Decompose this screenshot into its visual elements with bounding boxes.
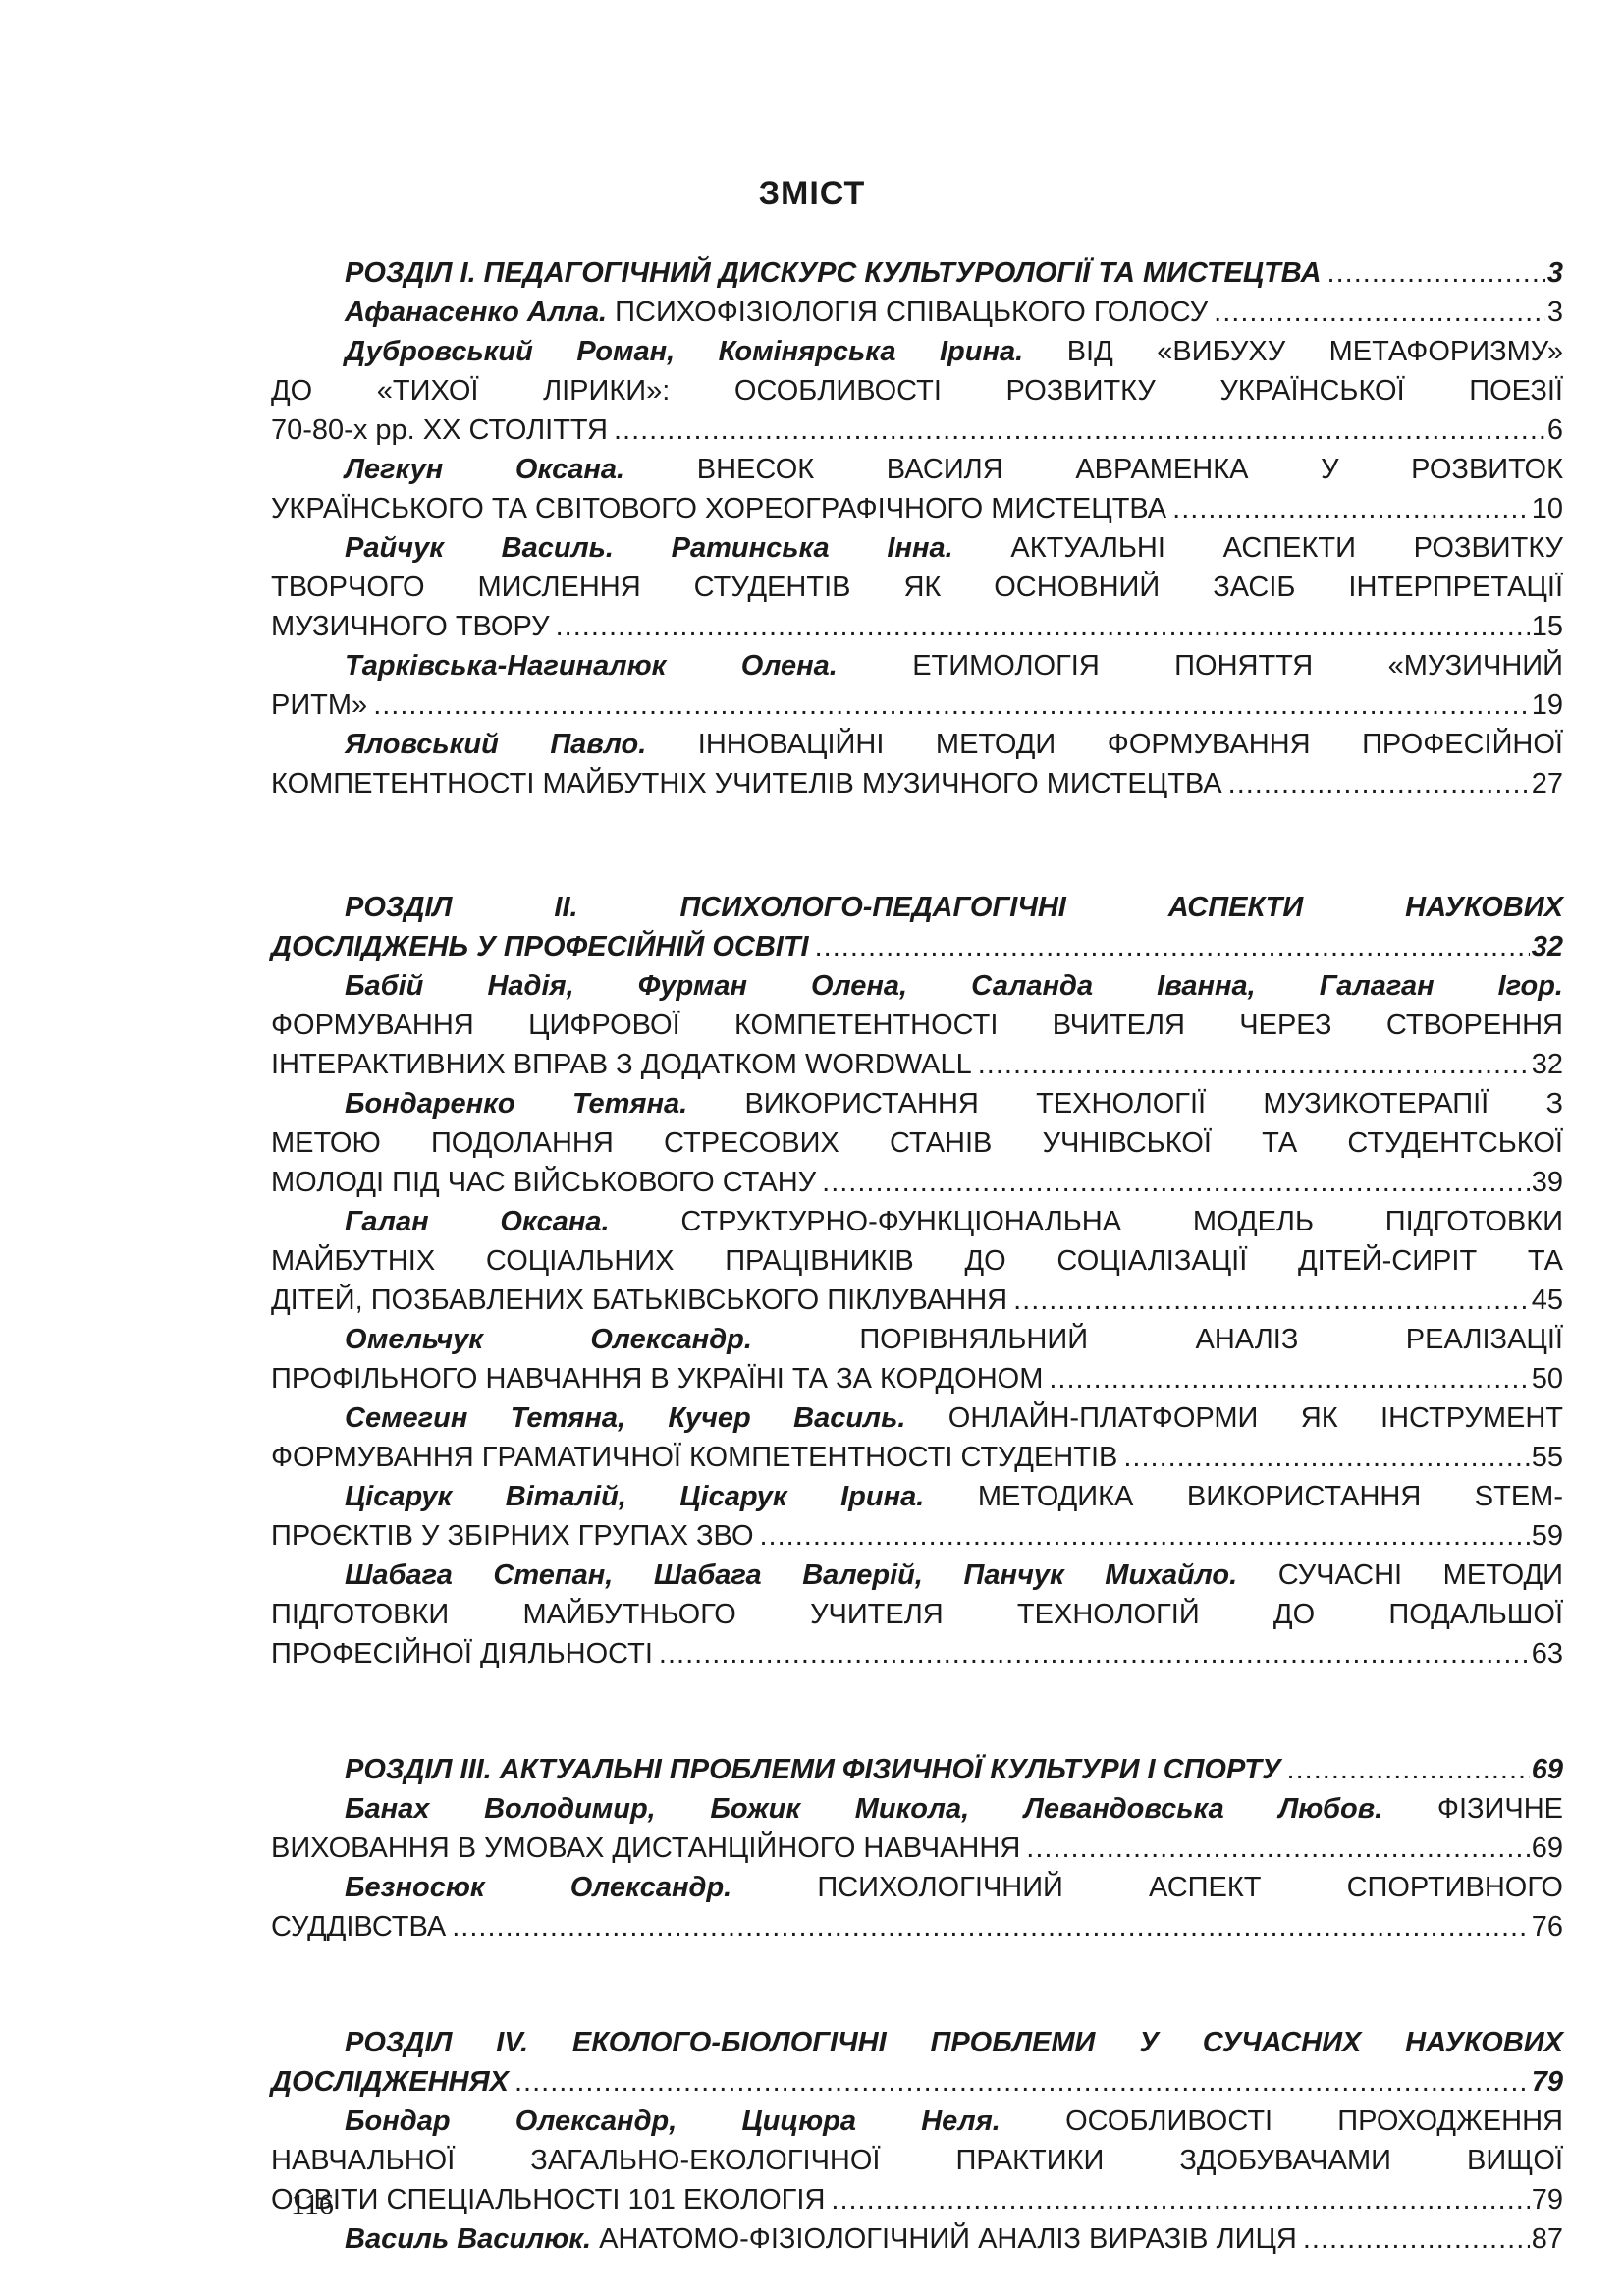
- toc-line: 70-80-х рр. ХХ СТОЛІТТЯ6: [271, 410, 1563, 450]
- page-ref[interactable]: 79: [1532, 2180, 1563, 2219]
- entry-title: АКТУАЛЬНІ АСПЕКТИ РОЗВИТКУ: [953, 532, 1563, 564]
- section-heading: РОЗДІЛ IV. ЕКОЛОГО-БІОЛОГІЧНІ ПРОБЛЕМИ У…: [345, 2027, 1563, 2058]
- toc-line: Семегин Тетяна, Кучер Василь. ОНЛАЙН-ПЛА…: [271, 1398, 1563, 1438]
- toc-line-text: МОЛОДІ ПІД ЧАС ВІЙСЬКОВОГО СТАНУ: [271, 1163, 816, 1202]
- section-heading: РОЗДІЛ ІІІ. АКТУАЛЬНІ ПРОБЛЕМИ ФІЗИЧНОЇ …: [345, 1754, 1281, 1785]
- dot-leader: [815, 927, 1530, 966]
- toc-line-text: РОЗДІЛ І. ПЕДАГОГІЧНИЙ ДИСКУРС КУЛЬТУРОЛ…: [345, 253, 1322, 293]
- toc-entry[interactable]: Галан Оксана. СТРУКТУРНО-ФУНКЦІОНАЛЬНА М…: [271, 1202, 1563, 1320]
- toc-line: Яловський Павло. ІННОВАЦІЙНІ МЕТОДИ ФОРМ…: [271, 725, 1563, 764]
- entry-title: СУЧАСНІ МЕТОДИ: [1237, 1559, 1563, 1591]
- toc-line: МУЗИЧНОГО ТВОРУ15: [271, 607, 1563, 646]
- entry-authors: Шабага Степан, Шабага Валерій, Панчук Ми…: [345, 1559, 1237, 1591]
- entry-authors: Банах Володимир, Божик Микола, Левандовс…: [345, 1793, 1382, 1825]
- page-ref[interactable]: 76: [1532, 1907, 1563, 1946]
- dot-leader: [452, 1907, 1530, 1946]
- dot-leader: [1228, 764, 1530, 803]
- section-heading-line: ДОСЛІДЖЕНЬ У ПРОФЕСІЙНІЙ ОСВІТІ32: [271, 927, 1563, 966]
- toc-line: ПРОФЕСІЙНОЇ ДІЯЛЬНОСТІ63: [271, 1634, 1563, 1673]
- entry-title: СУДДІВСТВА: [271, 1911, 446, 1942]
- entry-title: МОЛОДІ ПІД ЧАС ВІЙСЬКОВОГО СТАНУ: [271, 1167, 816, 1198]
- toc-line: МЕТОЮ ПОДОЛАННЯ СТРЕСОВИХ СТАНІВ УЧНІВСЬ…: [271, 1123, 1563, 1163]
- entry-title: ТВОРЧОГО МИСЛЕННЯ СТУДЕНТІВ ЯК ОСНОВНИЙ …: [271, 572, 1563, 603]
- toc-line: КОМПЕТЕНТНОСТІ МАЙБУТНІХ УЧИТЕЛІВ МУЗИЧН…: [271, 764, 1563, 803]
- section-heading: РОЗДІЛ ІІ. ПСИХОЛОГО-ПЕДАГОГІЧНІ АСПЕКТИ…: [345, 892, 1563, 923]
- toc-line: Тарківська-Нагиналюк Олена. ЕТИМОЛОГІЯ П…: [271, 646, 1563, 685]
- dot-leader: [659, 1634, 1530, 1673]
- entry-title: КОМПЕТЕНТНОСТІ МАЙБУТНІХ УЧИТЕЛІВ МУЗИЧН…: [271, 768, 1222, 799]
- page-ref[interactable]: 32: [1532, 1045, 1563, 1084]
- page-ref[interactable]: 6: [1547, 410, 1563, 450]
- page-ref[interactable]: 32: [1532, 927, 1563, 966]
- dot-leader: [822, 1163, 1530, 1202]
- page-ref[interactable]: 55: [1532, 1438, 1563, 1477]
- entry-title: ПРОФЕСІЙНОЇ ДІЯЛЬНОСТІ: [271, 1638, 653, 1669]
- entry-title: РИТМ»: [271, 689, 367, 721]
- entry-title: ПОРІВНЯЛЬНИЙ АНАЛІЗ РЕАЛІЗАЦІЇ: [752, 1324, 1563, 1355]
- toc-entry[interactable]: Бабій Надія, Фурман Олена, Саланда Іванн…: [271, 966, 1563, 1084]
- toc-section: РОЗДІЛ ІІІ. АКТУАЛЬНІ ПРОБЛЕМИ ФІЗИЧНОЇ …: [271, 1750, 1563, 1946]
- page-ref[interactable]: 50: [1532, 1359, 1563, 1398]
- entry-title: ОСОБЛИВОСТІ ПРОХОДЖЕННЯ: [1001, 2105, 1563, 2137]
- entry-authors: Яловський Павло.: [345, 729, 646, 760]
- toc-line: ФОРМУВАННЯ ЦИФРОВОЇ КОМПЕТЕНТНОСТІ ВЧИТЕ…: [271, 1006, 1563, 1045]
- entry-authors: Василь Василюк.: [345, 2223, 591, 2255]
- toc-entry[interactable]: Бондар Олександр, Цицюра Неля. ОСОБЛИВОС…: [271, 2102, 1563, 2219]
- entry-authors: Омельчук Олександр.: [345, 1324, 752, 1355]
- toc-line-text: РИТМ»: [271, 685, 367, 725]
- table-of-contents: РОЗДІЛ І. ПЕДАГОГІЧНИЙ ДИСКУРС КУЛЬТУРОЛ…: [271, 253, 1563, 2259]
- page-ref[interactable]: 63: [1532, 1634, 1563, 1673]
- entry-title: АНАТОМО-ФІЗІОЛОГІЧНИЙ АНАЛІЗ ВИРАЗІВ ЛИЦ…: [591, 2223, 1297, 2255]
- toc-line-text: ІНТЕРАКТИВНИХ ВПРАВ З ДОДАТКОМ WORDWALL: [271, 1045, 972, 1084]
- toc-line-text: ДІТЕЙ, ПОЗБАВЛЕНИХ БАТЬКІВСЬКОГО ПІКЛУВА…: [271, 1281, 1007, 1320]
- page-ref[interactable]: 39: [1532, 1163, 1563, 1202]
- toc-line-text: ВИХОВАННЯ В УМОВАХ ДИСТАНЦІЙНОГО НАВЧАНН…: [271, 1829, 1020, 1868]
- toc-line: РИТМ»19: [271, 685, 1563, 725]
- entry-title: МАЙБУТНІХ СОЦІАЛЬНИХ ПРАЦІВНИКІВ ДО СОЦІ…: [271, 1245, 1563, 1277]
- toc-line: Дубровський Роман, Комінярська Ірина. ВІ…: [271, 332, 1563, 371]
- toc-line: Афанасенко Алла. ПСИХОФІЗІОЛОГІЯ СПІВАЦЬ…: [271, 293, 1563, 332]
- entry-authors: Тарківська-Нагиналюк Олена.: [345, 650, 838, 682]
- toc-line-text: МУЗИЧНОГО ТВОРУ: [271, 607, 550, 646]
- toc-line: МОЛОДІ ПІД ЧАС ВІЙСЬКОВОГО СТАНУ39: [271, 1163, 1563, 1202]
- entry-authors: Безносюк Олександр.: [345, 1872, 731, 1903]
- toc-line: Райчук Василь. Ратинська Інна. АКТУАЛЬНІ…: [271, 528, 1563, 568]
- page-ref[interactable]: 79: [1532, 2062, 1563, 2102]
- toc-line: Бондар Олександр, Цицюра Неля. ОСОБЛИВОС…: [271, 2102, 1563, 2141]
- toc-line-text: СУДДІВСТВА: [271, 1907, 446, 1946]
- toc-entry[interactable]: Василь Василюк. АНАТОМО-ФІЗІОЛОГІЧНИЙ АН…: [271, 2219, 1563, 2259]
- section-heading: РОЗДІЛ І. ПЕДАГОГІЧНИЙ ДИСКУРС КУЛЬТУРОЛ…: [345, 257, 1322, 289]
- entry-authors: Семегин Тетяна, Кучер Василь.: [345, 1402, 905, 1434]
- entry-title: ОНЛАЙН-ПЛАТФОРМИ ЯК ІНСТРУМЕНТ: [905, 1402, 1563, 1434]
- dot-leader: [978, 1045, 1530, 1084]
- dot-leader: [1026, 1829, 1529, 1868]
- section-heading-line: РОЗДІЛ IV. ЕКОЛОГО-БІОЛОГІЧНІ ПРОБЛЕМИ У…: [271, 2023, 1563, 2062]
- entry-authors: Афанасенко Алла.: [345, 297, 607, 328]
- page-ref[interactable]: 15: [1532, 607, 1563, 646]
- toc-entry[interactable]: Семегин Тетяна, Кучер Василь. ОНЛАЙН-ПЛА…: [271, 1398, 1563, 1477]
- entry-title: ВІД «ВИБУХУ МЕТАФОРИЗМУ»: [1023, 336, 1563, 367]
- toc-section: РОЗДІЛ ІІ. ПСИХОЛОГО-ПЕДАГОГІЧНІ АСПЕКТИ…: [271, 888, 1563, 1673]
- page-ref[interactable]: 59: [1532, 1516, 1563, 1556]
- entry-authors: Дубровський Роман, Комінярська Ірина.: [345, 336, 1023, 367]
- entry-title: ФОРМУВАННЯ ГРАМАТИЧНОЇ КОМПЕТЕНТНОСТІ СТ…: [271, 1442, 1117, 1473]
- toc-line: ПРОЄКТІВ У ЗБІРНИХ ГРУПАХ ЗВО59: [271, 1516, 1563, 1556]
- toc-entry[interactable]: Бондаренко Тетяна. ВИКОРИСТАННЯ ТЕХНОЛОГ…: [271, 1084, 1563, 1202]
- dot-leader: [1287, 1750, 1530, 1789]
- entry-title: СТРУКТУРНО-ФУНКЦІОНАЛЬНА МОДЕЛЬ ПІДГОТОВ…: [610, 1206, 1563, 1237]
- section-heading: ДОСЛІДЖЕННЯХ: [271, 2066, 509, 2098]
- page-ref[interactable]: 87: [1532, 2219, 1563, 2259]
- section-heading-line: РОЗДІЛ І. ПЕДАГОГІЧНИЙ ДИСКУРС КУЛЬТУРОЛ…: [271, 253, 1563, 293]
- toc-line-text: ПРОФІЛЬНОГО НАВЧАННЯ В УКРАЇНІ ТА ЗА КОР…: [271, 1359, 1043, 1398]
- entry-title: МЕТОЮ ПОДОЛАННЯ СТРЕСОВИХ СТАНІВ УЧНІВСЬ…: [271, 1127, 1563, 1159]
- page-number: 116: [291, 2188, 334, 2221]
- toc-line: Банах Володимир, Божик Микола, Левандовс…: [271, 1789, 1563, 1829]
- toc-line: Бондаренко Тетяна. ВИКОРИСТАННЯ ТЕХНОЛОГ…: [271, 1084, 1563, 1123]
- toc-line: Шабага Степан, Шабага Валерій, Панчук Ми…: [271, 1556, 1563, 1595]
- section-heading-line: РОЗДІЛ ІІ. ПСИХОЛОГО-ПЕДАГОГІЧНІ АСПЕКТИ…: [271, 888, 1563, 927]
- entry-title: ЕТИМОЛОГІЯ ПОНЯТТЯ «МУЗИЧНИЙ: [838, 650, 1563, 682]
- dot-leader: [1327, 253, 1545, 293]
- toc-line-text: ДОСЛІДЖЕННЯХ: [271, 2062, 509, 2102]
- toc-line: УКРАЇНСЬКОГО ТА СВІТОВОГО ХОРЕОГРАФІЧНОГ…: [271, 489, 1563, 528]
- page-ref[interactable]: 45: [1532, 1281, 1563, 1320]
- entry-authors: Галан Оксана.: [345, 1206, 610, 1237]
- page-ref[interactable]: 69: [1532, 1750, 1563, 1789]
- toc-line: Омельчук Олександр. ПОРІВНЯЛЬНИЙ АНАЛІЗ …: [271, 1320, 1563, 1359]
- toc-line: Цісарук Віталій, Цісарук Ірина. МЕТОДИКА…: [271, 1477, 1563, 1516]
- toc-entry[interactable]: Цісарук Віталій, Цісарук Ірина. МЕТОДИКА…: [271, 1477, 1563, 1556]
- toc-line-text: ПРОЄКТІВ У ЗБІРНИХ ГРУПАХ ЗВО: [271, 1516, 754, 1556]
- toc-line: МАЙБУТНІХ СОЦІАЛЬНИХ ПРАЦІВНИКІВ ДО СОЦІ…: [271, 1241, 1563, 1281]
- entry-authors: Бондаренко Тетяна.: [345, 1088, 687, 1120]
- entry-authors: Райчук Василь. Ратинська Інна.: [345, 532, 953, 564]
- toc-line: ТВОРЧОГО МИСЛЕННЯ СТУДЕНТІВ ЯК ОСНОВНИЙ …: [271, 568, 1563, 607]
- dot-leader: [1013, 1281, 1530, 1320]
- entry-title: ПРОЄКТІВ У ЗБІРНИХ ГРУПАХ ЗВО: [271, 1520, 754, 1552]
- toc-section: РОЗДІЛ І. ПЕДАГОГІЧНИЙ ДИСКУРС КУЛЬТУРОЛ…: [271, 253, 1563, 803]
- entry-title: МЕТОДИКА ВИКОРИСТАННЯ STEM-: [924, 1481, 1563, 1512]
- entry-title: ПСИХОЛОГІЧНИЙ АСПЕКТ СПОРТИВНОГО: [731, 1872, 1563, 1903]
- toc-entry[interactable]: Банах Володимир, Божик Микола, Левандовс…: [271, 1789, 1563, 1868]
- toc-line: НАВЧАЛЬНОЇ ЗАГАЛЬНО-ЕКОЛОГІЧНОЇ ПРАКТИКИ…: [271, 2141, 1563, 2180]
- toc-entry[interactable]: Афанасенко Алла. ПСИХОФІЗІОЛОГІЯ СПІВАЦЬ…: [271, 293, 1563, 332]
- toc-entry[interactable]: Райчук Василь. Ратинська Інна. АКТУАЛЬНІ…: [271, 528, 1563, 646]
- section-heading: ДОСЛІДЖЕНЬ У ПРОФЕСІЙНІЙ ОСВІТІ: [271, 931, 809, 962]
- dot-leader: [556, 607, 1530, 646]
- toc-line-text: Василь Василюк. АНАТОМО-ФІЗІОЛОГІЧНИЙ АН…: [345, 2219, 1297, 2259]
- toc-line: Василь Василюк. АНАТОМО-ФІЗІОЛОГІЧНИЙ АН…: [271, 2219, 1563, 2259]
- toc-line: ПРОФІЛЬНОГО НАВЧАННЯ В УКРАЇНІ ТА ЗА КОР…: [271, 1359, 1563, 1398]
- toc-line: ІНТЕРАКТИВНИХ ВПРАВ З ДОДАТКОМ WORDWALL3…: [271, 1045, 1563, 1084]
- dot-leader: [831, 2180, 1529, 2219]
- entry-authors: Бабій Надія, Фурман Олена, Саланда Іванн…: [345, 970, 1563, 1002]
- entry-title: ПІДГОТОВКИ МАЙБУТНЬОГО УЧИТЕЛЯ ТЕХНОЛОГІ…: [271, 1599, 1563, 1630]
- entry-authors: Легкун Оксана.: [345, 454, 624, 485]
- dot-leader: [1123, 1438, 1529, 1477]
- toc-line-text: ДОСЛІДЖЕНЬ У ПРОФЕСІЙНІЙ ОСВІТІ: [271, 927, 809, 966]
- section-heading-line: ДОСЛІДЖЕННЯХ79: [271, 2062, 1563, 2102]
- entry-title: УКРАЇНСЬКОГО ТА СВІТОВОГО ХОРЕОГРАФІЧНОГ…: [271, 493, 1166, 524]
- entry-title: ВНЕСОК ВАСИЛЯ АВРАМЕНКА У РОЗВИТОК: [624, 454, 1563, 485]
- dot-leader: [1049, 1359, 1529, 1398]
- entry-title: ПРОФІЛЬНОГО НАВЧАННЯ В УКРАЇНІ ТА ЗА КОР…: [271, 1363, 1043, 1394]
- page-ref[interactable]: 27: [1532, 764, 1563, 803]
- toc-line: Галан Оксана. СТРУКТУРНО-ФУНКЦІОНАЛЬНА М…: [271, 1202, 1563, 1241]
- toc-line: Бабій Надія, Фурман Олена, Саланда Іванн…: [271, 966, 1563, 1006]
- entry-title: ФІЗИЧНЕ: [1382, 1793, 1563, 1825]
- toc-line: Легкун Оксана. ВНЕСОК ВАСИЛЯ АВРАМЕНКА У…: [271, 450, 1563, 489]
- dot-leader: [1303, 2219, 1530, 2259]
- page-ref[interactable]: 69: [1532, 1829, 1563, 1868]
- dot-leader: [1214, 293, 1545, 332]
- toc-line: ПІДГОТОВКИ МАЙБУТНЬОГО УЧИТЕЛЯ ТЕХНОЛОГІ…: [271, 1595, 1563, 1634]
- page-ref[interactable]: 3: [1547, 293, 1563, 332]
- dot-leader: [614, 410, 1545, 450]
- entry-title: ПСИХОФІЗІОЛОГІЯ СПІВАЦЬКОГО ГОЛОСУ: [607, 297, 1208, 328]
- entry-title: ДІТЕЙ, ПОЗБАВЛЕНИХ БАТЬКІВСЬКОГО ПІКЛУВА…: [271, 1285, 1007, 1316]
- toc-line: ВИХОВАННЯ В УМОВАХ ДИСТАНЦІЙНОГО НАВЧАНН…: [271, 1829, 1563, 1868]
- entry-title: ДО «ТИХОЇ ЛІРИКИ»: ОСОБЛИВОСТІ РОЗВИТКУ …: [271, 375, 1563, 407]
- page-title: ЗМІСТ: [0, 175, 1624, 213]
- toc-entry[interactable]: Дубровський Роман, Комінярська Ірина. ВІ…: [271, 332, 1563, 450]
- toc-line: СУДДІВСТВА76: [271, 1907, 1563, 1946]
- toc-line-text: ОСВІТИ СПЕЦІАЛЬНОСТІ 101 ЕКОЛОГІЯ: [271, 2180, 825, 2219]
- toc-section: РОЗДІЛ IV. ЕКОЛОГО-БІОЛОГІЧНІ ПРОБЛЕМИ У…: [271, 2023, 1563, 2259]
- toc-line-text: Афанасенко Алла. ПСИХОФІЗІОЛОГІЯ СПІВАЦЬ…: [345, 293, 1208, 332]
- toc-line-text: КОМПЕТЕНТНОСТІ МАЙБУТНІХ УЧИТЕЛІВ МУЗИЧН…: [271, 764, 1222, 803]
- toc-line-text: РОЗДІЛ ІІІ. АКТУАЛЬНІ ПРОБЛЕМИ ФІЗИЧНОЇ …: [345, 1750, 1281, 1789]
- toc-line: ДО «ТИХОЇ ЛІРИКИ»: ОСОБЛИВОСТІ РОЗВИТКУ …: [271, 371, 1563, 410]
- toc-line: ДІТЕЙ, ПОЗБАВЛЕНИХ БАТЬКІВСЬКОГО ПІКЛУВА…: [271, 1281, 1563, 1320]
- entry-title: ВИХОВАННЯ В УМОВАХ ДИСТАНЦІЙНОГО НАВЧАНН…: [271, 1832, 1020, 1864]
- toc-line-text: ПРОФЕСІЙНОЇ ДІЯЛЬНОСТІ: [271, 1634, 653, 1673]
- entry-title: ФОРМУВАННЯ ЦИФРОВОЇ КОМПЕТЕНТНОСТІ ВЧИТЕ…: [271, 1010, 1563, 1041]
- section-heading-line: РОЗДІЛ ІІІ. АКТУАЛЬНІ ПРОБЛЕМИ ФІЗИЧНОЇ …: [271, 1750, 1563, 1789]
- entry-authors: Цісарук Віталій, Цісарук Ірина.: [345, 1481, 924, 1512]
- page-ref[interactable]: 10: [1532, 489, 1563, 528]
- toc-line-text: УКРАЇНСЬКОГО ТА СВІТОВОГО ХОРЕОГРАФІЧНОГ…: [271, 489, 1166, 528]
- entry-title: ОСВІТИ СПЕЦІАЛЬНОСТІ 101 ЕКОЛОГІЯ: [271, 2184, 825, 2215]
- toc-entry[interactable]: Безносюк Олександр. ПСИХОЛОГІЧНИЙ АСПЕКТ…: [271, 1868, 1563, 1946]
- toc-entry[interactable]: Шабага Степан, Шабага Валерій, Панчук Ми…: [271, 1556, 1563, 1673]
- toc-entry[interactable]: Тарківська-Нагиналюк Олена. ЕТИМОЛОГІЯ П…: [271, 646, 1563, 725]
- entry-authors: Бондар Олександр, Цицюра Неля.: [345, 2105, 1001, 2137]
- entry-title: 70-80-х рр. ХХ СТОЛІТТЯ: [271, 414, 608, 446]
- entry-title: ІНТЕРАКТИВНИХ ВПРАВ З ДОДАТКОМ WORDWALL: [271, 1049, 972, 1080]
- toc-line: ФОРМУВАННЯ ГРАМАТИЧНОЇ КОМПЕТЕНТНОСТІ СТ…: [271, 1438, 1563, 1477]
- dot-leader: [760, 1516, 1530, 1556]
- toc-entry[interactable]: Яловський Павло. ІННОВАЦІЙНІ МЕТОДИ ФОРМ…: [271, 725, 1563, 803]
- page-ref[interactable]: 19: [1532, 685, 1563, 725]
- toc-line: Безносюк Олександр. ПСИХОЛОГІЧНИЙ АСПЕКТ…: [271, 1868, 1563, 1907]
- dot-leader: [514, 2062, 1530, 2102]
- toc-entry[interactable]: Омельчук Олександр. ПОРІВНЯЛЬНИЙ АНАЛІЗ …: [271, 1320, 1563, 1398]
- entry-title: ІННОВАЦІЙНІ МЕТОДИ ФОРМУВАННЯ ПРОФЕСІЙНО…: [646, 729, 1563, 760]
- toc-line-text: 70-80-х рр. ХХ СТОЛІТТЯ: [271, 410, 608, 450]
- entry-title: НАВЧАЛЬНОЇ ЗАГАЛЬНО-ЕКОЛОГІЧНОЇ ПРАКТИКИ…: [271, 2145, 1563, 2176]
- toc-line: ОСВІТИ СПЕЦІАЛЬНОСТІ 101 ЕКОЛОГІЯ79: [271, 2180, 1563, 2219]
- entry-title: ВИКОРИСТАННЯ ТЕХНОЛОГІЇ МУЗИКОТЕРАПІЇ З: [687, 1088, 1563, 1120]
- dot-leader: [1172, 489, 1530, 528]
- page-ref[interactable]: 3: [1547, 253, 1563, 293]
- toc-line-text: ФОРМУВАННЯ ГРАМАТИЧНОЇ КОМПЕТЕНТНОСТІ СТ…: [271, 1438, 1117, 1477]
- toc-entry[interactable]: Легкун Оксана. ВНЕСОК ВАСИЛЯ АВРАМЕНКА У…: [271, 450, 1563, 528]
- entry-title: МУЗИЧНОГО ТВОРУ: [271, 611, 550, 642]
- dot-leader: [373, 685, 1530, 725]
